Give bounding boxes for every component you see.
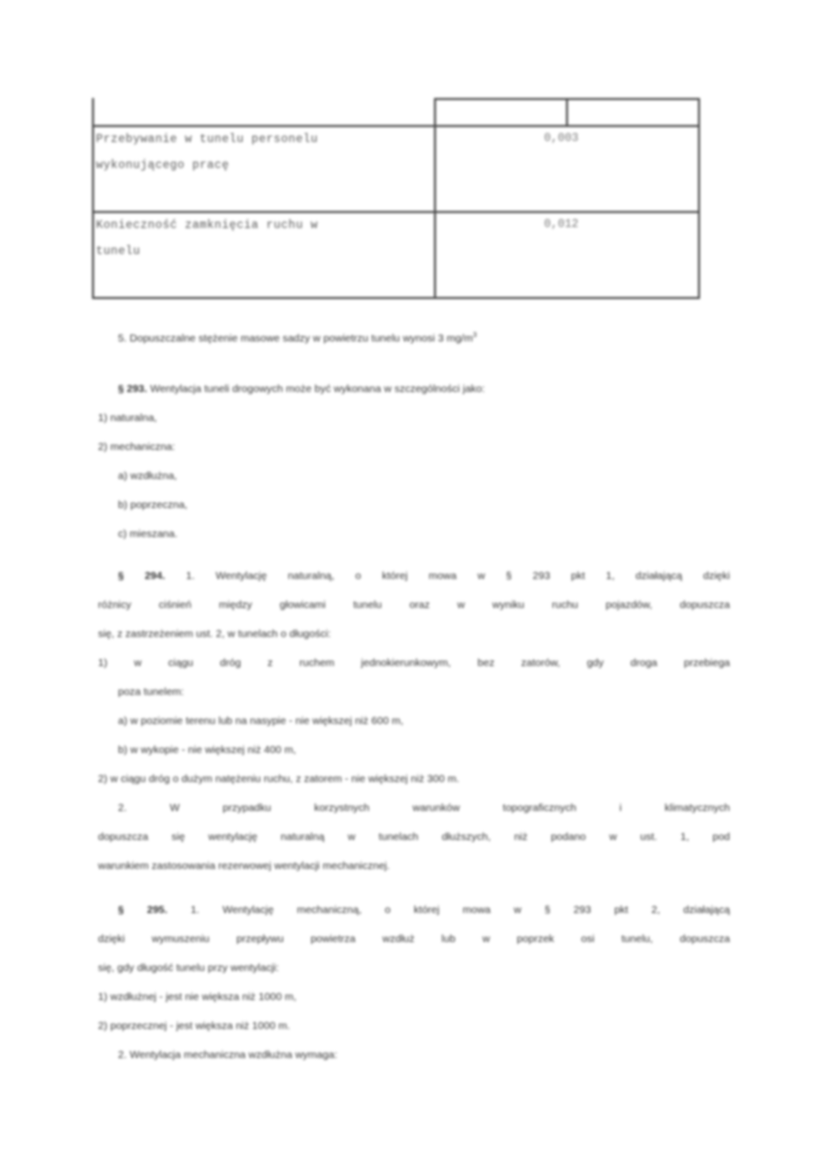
section-text: Wentylacja tuneli drogowych może być wyk… [147,383,485,395]
paragraph-line: 2. Wentylacja mechaniczna wzdłużna wymag… [118,1049,337,1061]
table-row-label: Konieczność zamknięcia ruchu w tunelu [96,213,318,265]
list-item: a) wzdłużna, [118,470,177,482]
superscript: 3 [473,332,477,339]
table-header-divider [566,98,568,126]
emission-table: Przebywanie w tunelu personelu wykonując… [92,98,700,299]
section-number: § 293. [118,383,147,395]
paragraph-text: 5. Dopuszczalne stężenie masowe sadzy w … [118,333,473,345]
list-item: a) w poziomie terenu lub na nasypie - ni… [118,715,403,727]
table-row-label: Przebywanie w tunelu personelu wykonując… [96,127,318,179]
table-row-value: 0,003 [544,132,579,145]
section-text: 1. Wentylację mechaniczną, o której mowa… [167,904,730,916]
table-row-value: 0,012 [544,218,579,231]
list-item: 2) mechaniczna: [98,441,175,453]
list-item: 1) naturalna, [98,412,157,424]
paragraph-line: dzięki wymuszeniu przepływu powietrza wz… [98,933,730,945]
paragraph-line: się, z zastrzeżeniem ust. 2, w tunelach … [98,628,331,640]
table-border-left [92,98,94,299]
section-number: § 294. [118,570,165,582]
section-295: § 295. 1. Wentylację mechaniczną, o któr… [118,904,730,916]
list-item: poza tunelem: [118,686,184,698]
list-item: b) poprzeczna, [118,499,187,511]
paragraph-line: 2. W przypadku korzystnych warunków topo… [118,802,730,814]
table-border-right [698,98,700,299]
row-label-line: wykonującego pracę [96,153,318,179]
table-divider [434,98,436,299]
paragraph-5: 5. Dopuszczalne stężenie masowe sadzy w … [118,332,477,345]
section-294: § 294. 1. Wentylację naturalną, o której… [118,570,730,582]
list-item: b) w wykopie - nie większej niż 400 m, [118,744,296,756]
list-item: 1) wzdłużnej - jest nie większa niż 1000… [98,991,296,1003]
paragraph-line: różnicy ciśnień między głowicami tunelu … [98,599,730,611]
paragraph-line: dopuszcza się wentylację naturalną w tun… [98,831,730,843]
row-label-line: Konieczność zamknięcia ruchu w [96,213,318,239]
section-text: 1. Wentylację naturalną, o której mowa w… [165,570,730,582]
section-number: § 295. [118,904,167,916]
table-header-top [434,98,700,100]
list-item: 2) w ciągu dróg o dużym natężeniu ruchu,… [98,773,459,785]
row-label-line: tunelu [96,239,318,265]
paragraph-line: warunkiem zastosowania rezerwowej wentyl… [98,860,390,872]
list-item: 1) w ciągu dróg z ruchem jednokierunkowy… [98,657,730,669]
list-item: c) mieszana. [118,528,178,540]
row-label-line: Przebywanie w tunelu personelu [96,127,318,153]
list-item: 2) poprzecznej - jest większa niż 1000 m… [98,1020,290,1032]
paragraph-line: się, gdy długość tunelu przy wentylacji: [98,962,279,974]
table-row-line [92,297,700,299]
section-293: § 293. Wentylacja tuneli drogowych może … [118,383,485,395]
